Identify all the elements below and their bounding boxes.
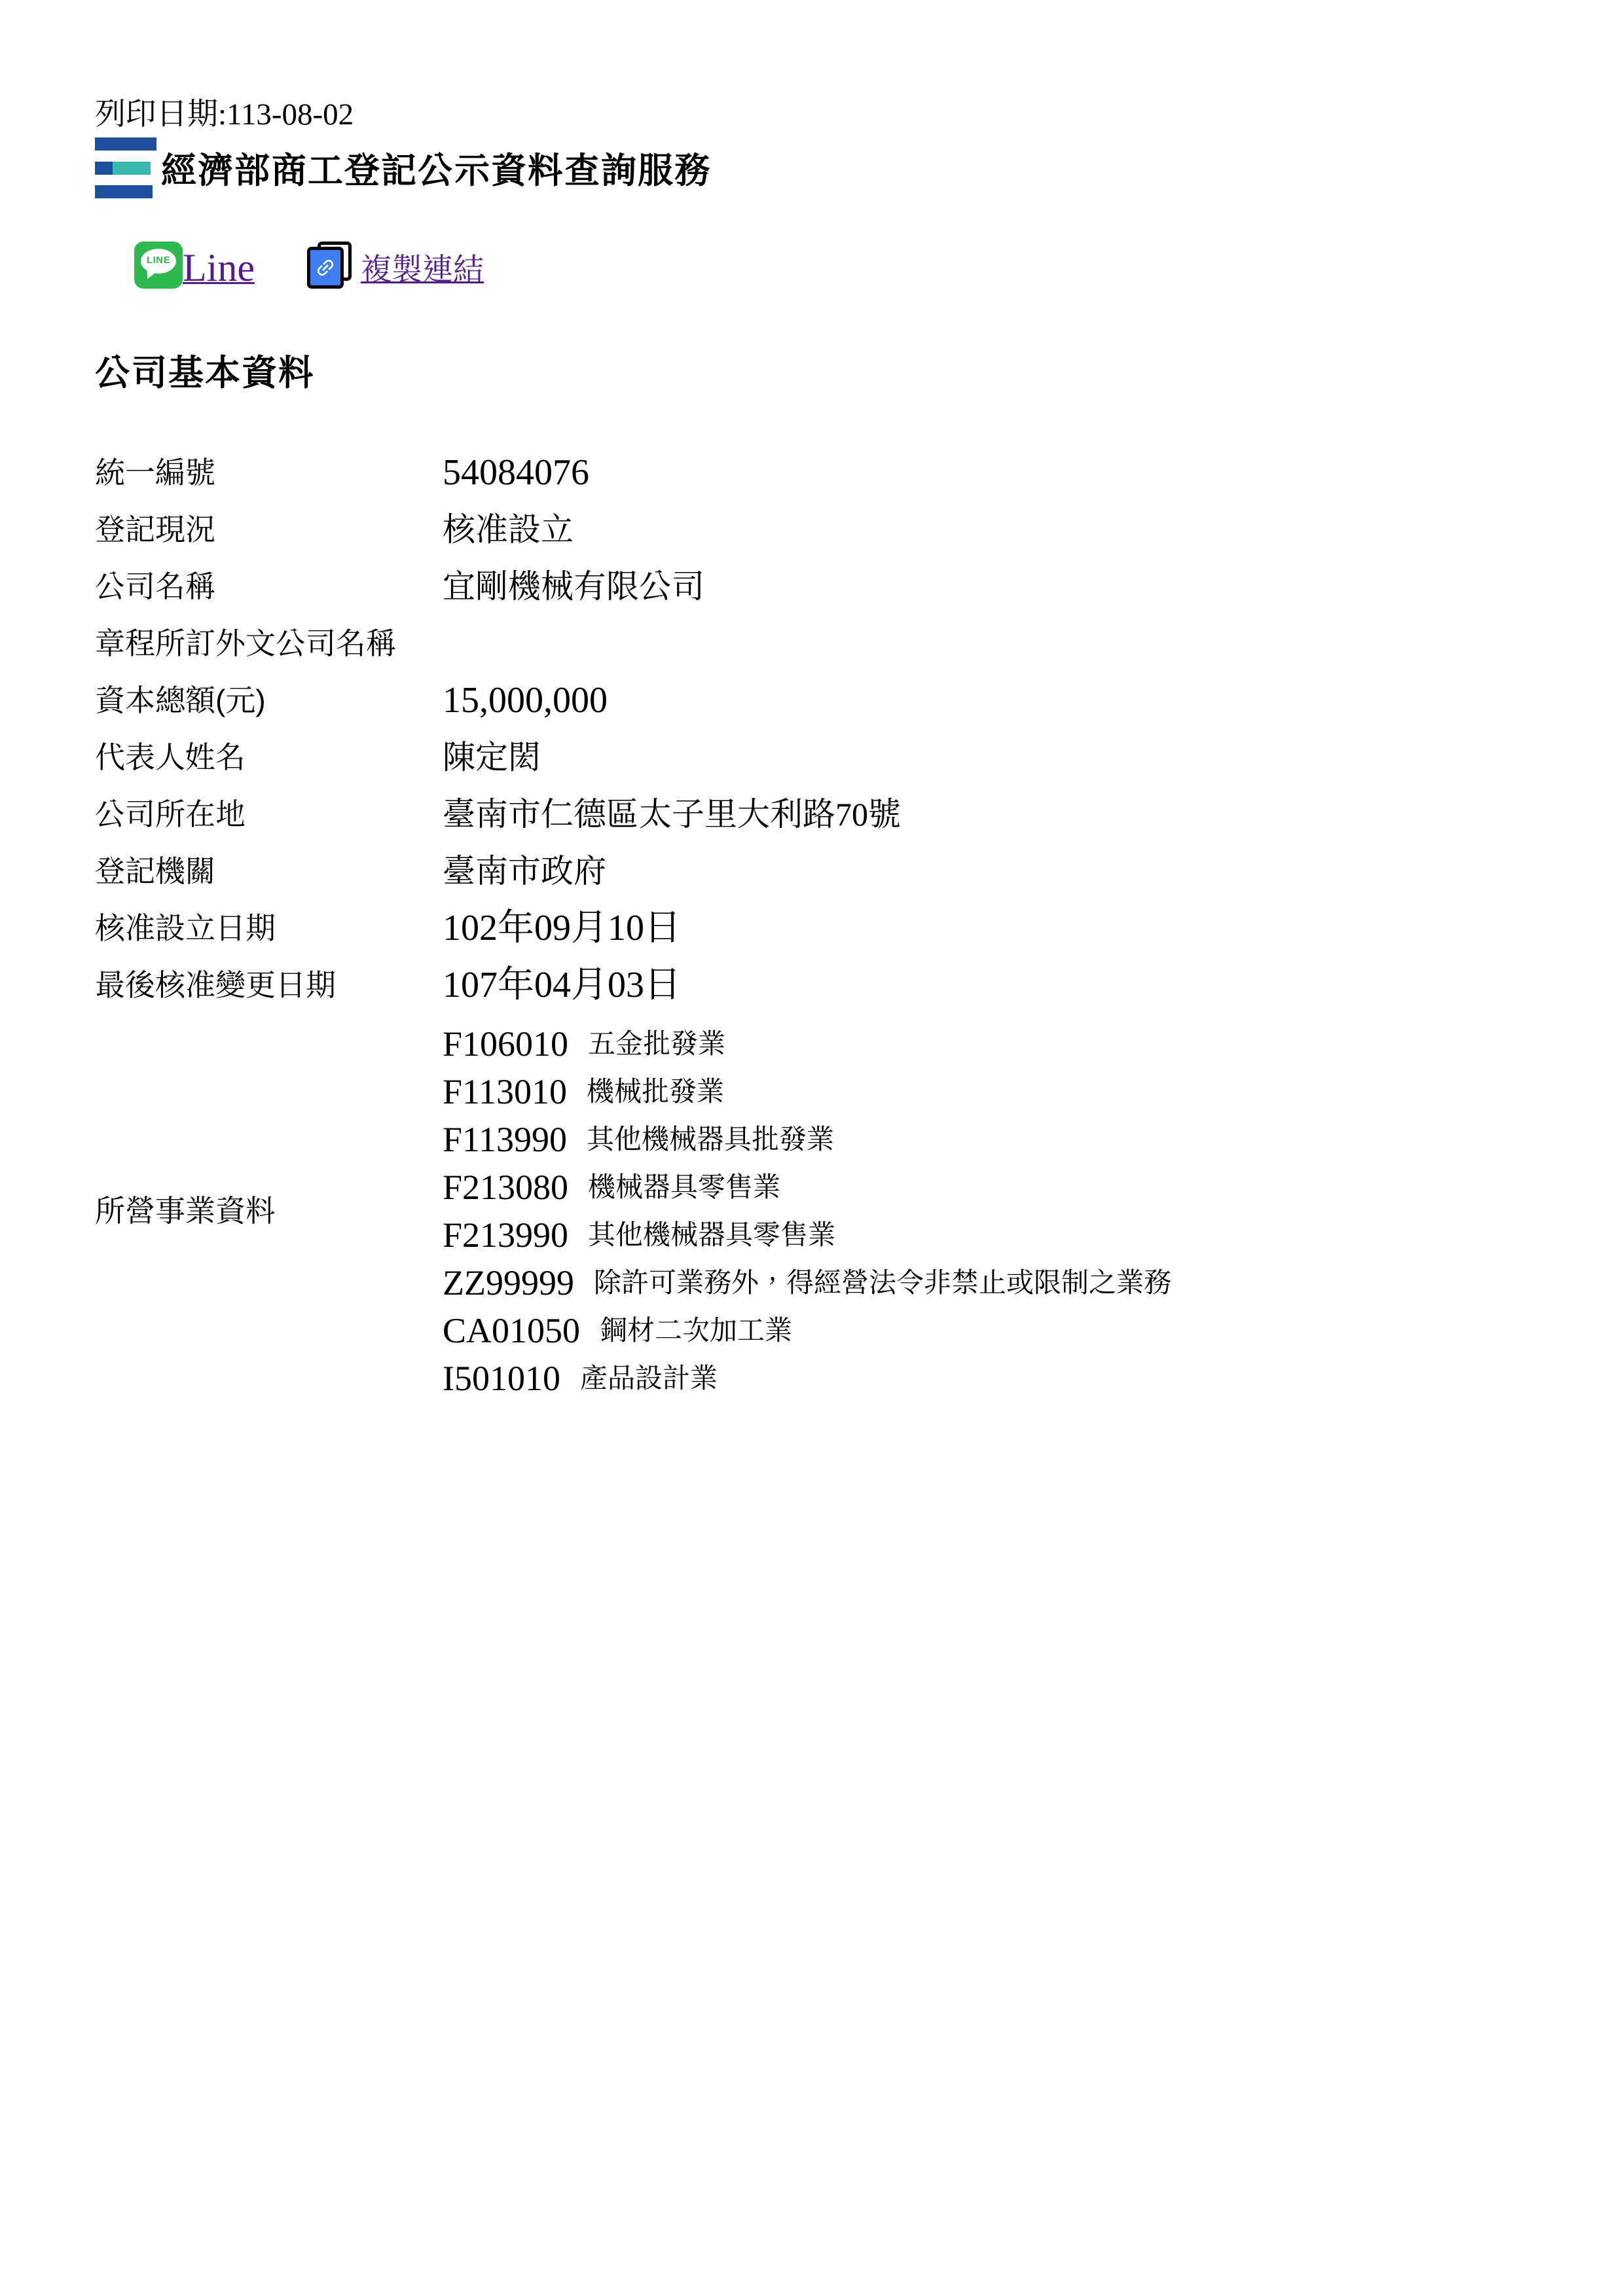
line-icon: LINE bbox=[134, 242, 183, 289]
business-code: F113010 bbox=[443, 1072, 567, 1111]
business-name: 機械批發業 bbox=[587, 1075, 724, 1108]
business-name: 產品設計業 bbox=[580, 1362, 718, 1395]
business-item: F113010 機械批發業 bbox=[443, 1067, 1171, 1115]
logo-bar-middle-teal bbox=[113, 162, 151, 175]
logo-bar-bottom bbox=[95, 185, 153, 198]
share-links-row: LINE Line 複製連結 bbox=[134, 236, 1548, 289]
row-label: 登記機關 bbox=[95, 853, 443, 889]
business-item: I501010 產品設計業 bbox=[443, 1354, 1171, 1402]
line-icon-word: LINE bbox=[134, 255, 183, 266]
row-value: 宜剛機械有限公司 bbox=[443, 568, 704, 605]
row-label: 登記現況 bbox=[95, 512, 443, 547]
moea-logo-icon bbox=[95, 137, 157, 198]
row-label: 公司所在地 bbox=[95, 797, 443, 832]
business-scope-label: 所營事業資料 bbox=[95, 1193, 443, 1229]
table-row: 登記機關 臺南市政府 bbox=[95, 842, 1548, 899]
table-row: 最後核准變更日期 107年04月03日 bbox=[95, 956, 1548, 1013]
logo-bar-middle bbox=[95, 162, 151, 175]
masthead: 經濟部商工登記公示資料查詢服務 bbox=[95, 137, 1548, 198]
row-value: 102年09月10日 bbox=[443, 910, 681, 946]
business-name: 其他機械器具零售業 bbox=[588, 1219, 835, 1251]
site-title: 經濟部商工登記公示資料查詢服務 bbox=[161, 143, 711, 193]
print-date-value: :113-08-02 bbox=[218, 98, 354, 132]
row-value: 54084076 bbox=[443, 454, 589, 491]
section-title: 公司基本資料 bbox=[95, 345, 1548, 395]
chain-link-icon bbox=[310, 252, 341, 283]
business-code: F113990 bbox=[443, 1120, 567, 1159]
table-row: 資本總額(元) 15,000,000 bbox=[95, 672, 1548, 728]
business-scope-list: F106010 五金批發業 F113010 機械批發業 F113990 其他機械… bbox=[443, 1020, 1171, 1402]
row-label: 資本總額(元) bbox=[95, 683, 443, 718]
table-row: 章程所訂外文公司名稱 bbox=[95, 615, 1548, 672]
table-row: 代表人姓名 陳定閎 bbox=[95, 728, 1548, 785]
copy-link[interactable]: 複製連結 bbox=[307, 242, 484, 289]
row-value: 臺南市政府 bbox=[443, 853, 606, 889]
business-item: F106010 五金批發業 bbox=[443, 1020, 1171, 1067]
row-label: 代表人姓名 bbox=[95, 740, 443, 775]
copy-link-icon bbox=[307, 242, 352, 289]
table-row: 核准設立日期 102年09月10日 bbox=[95, 899, 1548, 956]
business-code: F106010 bbox=[443, 1024, 568, 1064]
business-name: 機械器具零售業 bbox=[588, 1171, 780, 1204]
business-scope-row: 所營事業資料 F106010 五金批發業 F113010 機械批發業 F1139… bbox=[95, 1013, 1548, 1402]
table-row: 統一編號 54084076 bbox=[95, 444, 1548, 501]
row-label: 章程所訂外文公司名稱 bbox=[95, 626, 443, 661]
row-value: 臺南市仁德區太子里大利路70號 bbox=[443, 796, 901, 833]
company-info-table: 統一編號 54084076 登記現況 核准設立 公司名稱 宜剛機械有限公司 章程… bbox=[95, 444, 1548, 1402]
line-link-label: Line bbox=[183, 247, 255, 289]
business-name: 除許可業務外，得經營法令非禁止或限制之業務 bbox=[594, 1266, 1171, 1299]
row-value: 107年04月03日 bbox=[443, 967, 681, 1003]
row-value: 15,000,000 bbox=[443, 682, 608, 719]
business-item: F113990 其他機械器具批發業 bbox=[443, 1115, 1171, 1163]
print-date: 列印日期:113-08-02 bbox=[95, 97, 1548, 132]
table-row: 公司所在地 臺南市仁德區太子里大利路70號 bbox=[95, 785, 1548, 842]
copy-icon-front-page bbox=[307, 247, 344, 289]
business-item: ZZ99999 除許可業務外，得經營法令非禁止或限制之業務 bbox=[443, 1259, 1171, 1306]
table-row: 登記現況 核准設立 bbox=[95, 501, 1548, 558]
row-label: 統一編號 bbox=[95, 455, 443, 490]
printed-page: 列印日期:113-08-02 經濟部商工登記公示資料查詢服務 LINE bbox=[0, 0, 1623, 2296]
page-content: 列印日期:113-08-02 經濟部商工登記公示資料查詢服務 LINE bbox=[95, 97, 1548, 1402]
table-row: 公司名稱 宜剛機械有限公司 bbox=[95, 558, 1548, 615]
business-name: 鋼材二次加工業 bbox=[600, 1314, 792, 1347]
business-code: F213080 bbox=[443, 1168, 568, 1207]
logo-bar-top bbox=[95, 137, 156, 151]
row-value: 核准設立 bbox=[443, 511, 574, 548]
logo-bar-middle-blue bbox=[95, 162, 113, 175]
business-item: CA01050 鋼材二次加工業 bbox=[443, 1306, 1171, 1354]
business-item: F213990 其他機械器具零售業 bbox=[443, 1211, 1171, 1259]
copy-link-label: 複製連結 bbox=[352, 252, 484, 287]
print-date-label: 列印日期 bbox=[95, 98, 218, 132]
business-name: 其他機械器具批發業 bbox=[587, 1123, 834, 1156]
row-value: 陳定閎 bbox=[443, 739, 541, 776]
business-code: ZZ99999 bbox=[443, 1263, 574, 1302]
business-code: F213990 bbox=[443, 1215, 568, 1255]
business-code: CA01050 bbox=[443, 1311, 580, 1350]
business-item: F213080 機械器具零售業 bbox=[443, 1163, 1171, 1211]
business-code: I501010 bbox=[443, 1359, 560, 1398]
row-label: 公司名稱 bbox=[95, 569, 443, 604]
business-name: 五金批發業 bbox=[588, 1028, 725, 1060]
row-label: 最後核准變更日期 bbox=[95, 967, 443, 1003]
row-label: 核准設立日期 bbox=[95, 910, 443, 946]
line-share-link[interactable]: LINE Line bbox=[134, 242, 255, 289]
